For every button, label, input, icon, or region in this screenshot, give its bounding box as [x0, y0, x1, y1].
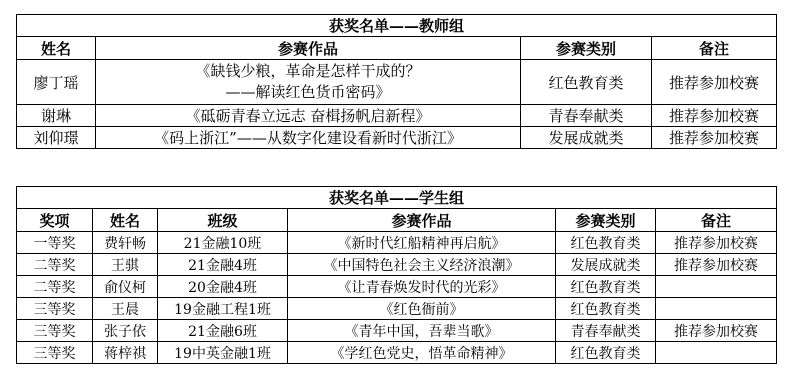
student-class: 21金融4班: [158, 254, 288, 276]
teacher-work: 《码上浙江”——从数字化建设看新时代浙江》: [96, 127, 521, 149]
student-category: 红色教育类: [556, 232, 656, 254]
teacher-name: 廖丁瑶: [17, 60, 96, 105]
student-class: 21金融10班: [158, 232, 288, 254]
student-work: 《让青春焕发时代的光彩》: [288, 276, 556, 298]
teacher-table-title: 获奖名单——教师组: [17, 15, 777, 37]
student-work: 《新时代红船精神再启航》: [288, 232, 556, 254]
teacher-name: 谢琳: [17, 105, 96, 127]
teacher-award-table: 获奖名单——教师组 姓名 参赛作品 参赛类别 备注 廖丁瑶 《缺钱少粮，革命是怎…: [16, 14, 777, 149]
student-category: 青春奉献类: [556, 320, 656, 342]
table-row: 三等奖 张子依 21金融6班 《青年中国，吾辈当歌》 青春奉献类 推荐参加校赛: [17, 320, 777, 342]
header-name: 姓名: [93, 209, 158, 232]
student-note: [656, 276, 777, 298]
student-name: 王晨: [93, 298, 158, 320]
student-name: 王骐: [93, 254, 158, 276]
student-work: 《青年中国，吾辈当歌》: [288, 320, 556, 342]
teacher-category: 青春奉献类: [521, 105, 652, 127]
header-name: 姓名: [17, 37, 96, 60]
table-row: 三等奖 蒋梓祺 19中英金融1班 《学红色党史，悟革命精神》 红色教育类: [17, 342, 777, 364]
student-award: 三等奖: [17, 298, 93, 320]
student-name: 俞仪柯: [93, 276, 158, 298]
student-note: [656, 298, 777, 320]
student-category: 发展成就类: [556, 254, 656, 276]
header-award: 奖项: [17, 209, 93, 232]
student-work: 《中国特色社会主义经济浪潮》: [288, 254, 556, 276]
teacher-note: 推荐参加校赛: [652, 60, 777, 105]
student-name: 费轩畅: [93, 232, 158, 254]
student-note: 推荐参加校赛: [656, 232, 777, 254]
student-class: 21金融6班: [158, 320, 288, 342]
student-class: 19金融工程1班: [158, 298, 288, 320]
header-work: 参赛作品: [96, 37, 521, 60]
teacher-note: 推荐参加校赛: [652, 105, 777, 127]
student-note: 推荐参加校赛: [656, 254, 777, 276]
student-note: 推荐参加校赛: [656, 320, 777, 342]
work-line-1: 《缺钱少粮，革命是怎样干成的？: [96, 61, 520, 82]
student-name: 张子依: [93, 320, 158, 342]
student-name: 蒋梓祺: [93, 342, 158, 364]
student-category: 红色教育类: [556, 276, 656, 298]
header-note: 备注: [656, 209, 777, 232]
header-category: 参赛类别: [556, 209, 656, 232]
teacher-note: 推荐参加校赛: [652, 127, 777, 149]
student-work: 《学红色党史，悟革命精神》: [288, 342, 556, 364]
student-note: [656, 342, 777, 364]
header-work: 参赛作品: [288, 209, 556, 232]
table-row: 三等奖 王晨 19金融工程1班 《红色衙前》 红色教育类: [17, 298, 777, 320]
student-award: 三等奖: [17, 320, 93, 342]
table-row: 二等奖 王骐 21金融4班 《中国特色社会主义经济浪潮》 发展成就类 推荐参加校…: [17, 254, 777, 276]
student-category: 红色教育类: [556, 298, 656, 320]
header-category: 参赛类别: [521, 37, 652, 60]
teacher-category: 红色教育类: [521, 60, 652, 105]
student-class: 19中英金融1班: [158, 342, 288, 364]
table-row: 刘仰璟 《码上浙江”——从数字化建设看新时代浙江》 发展成就类 推荐参加校赛: [17, 127, 777, 149]
student-category: 红色教育类: [556, 342, 656, 364]
work-line-2: ——解读红色货币密码》: [96, 82, 520, 103]
student-table-title: 获奖名单——学生组: [17, 187, 777, 209]
header-class: 班级: [158, 209, 288, 232]
teacher-work: 《砥砺青春立远志 奋楫扬帆启新程》: [96, 105, 521, 127]
teacher-category: 发展成就类: [521, 127, 652, 149]
table-row: 二等奖 俞仪柯 20金融4班 《让青春焕发时代的光彩》 红色教育类: [17, 276, 777, 298]
student-work: 《红色衙前》: [288, 298, 556, 320]
student-class: 20金融4班: [158, 276, 288, 298]
student-award: 一等奖: [17, 232, 93, 254]
student-award-table: 获奖名单——学生组 奖项 姓名 班级 参赛作品 参赛类别 备注 一等奖 费轩畅 …: [16, 186, 777, 364]
student-award: 二等奖: [17, 254, 93, 276]
header-note: 备注: [652, 37, 777, 60]
student-award: 二等奖: [17, 276, 93, 298]
teacher-work: 《缺钱少粮，革命是怎样干成的？ ——解读红色货币密码》: [96, 60, 521, 105]
table-row: 谢琳 《砥砺青春立远志 奋楫扬帆启新程》 青春奉献类 推荐参加校赛: [17, 105, 777, 127]
student-award: 三等奖: [17, 342, 93, 364]
table-row: 廖丁瑶 《缺钱少粮，革命是怎样干成的？ ——解读红色货币密码》 红色教育类 推荐…: [17, 60, 777, 105]
table-row: 一等奖 费轩畅 21金融10班 《新时代红船精神再启航》 红色教育类 推荐参加校…: [17, 232, 777, 254]
teacher-name: 刘仰璟: [17, 127, 96, 149]
